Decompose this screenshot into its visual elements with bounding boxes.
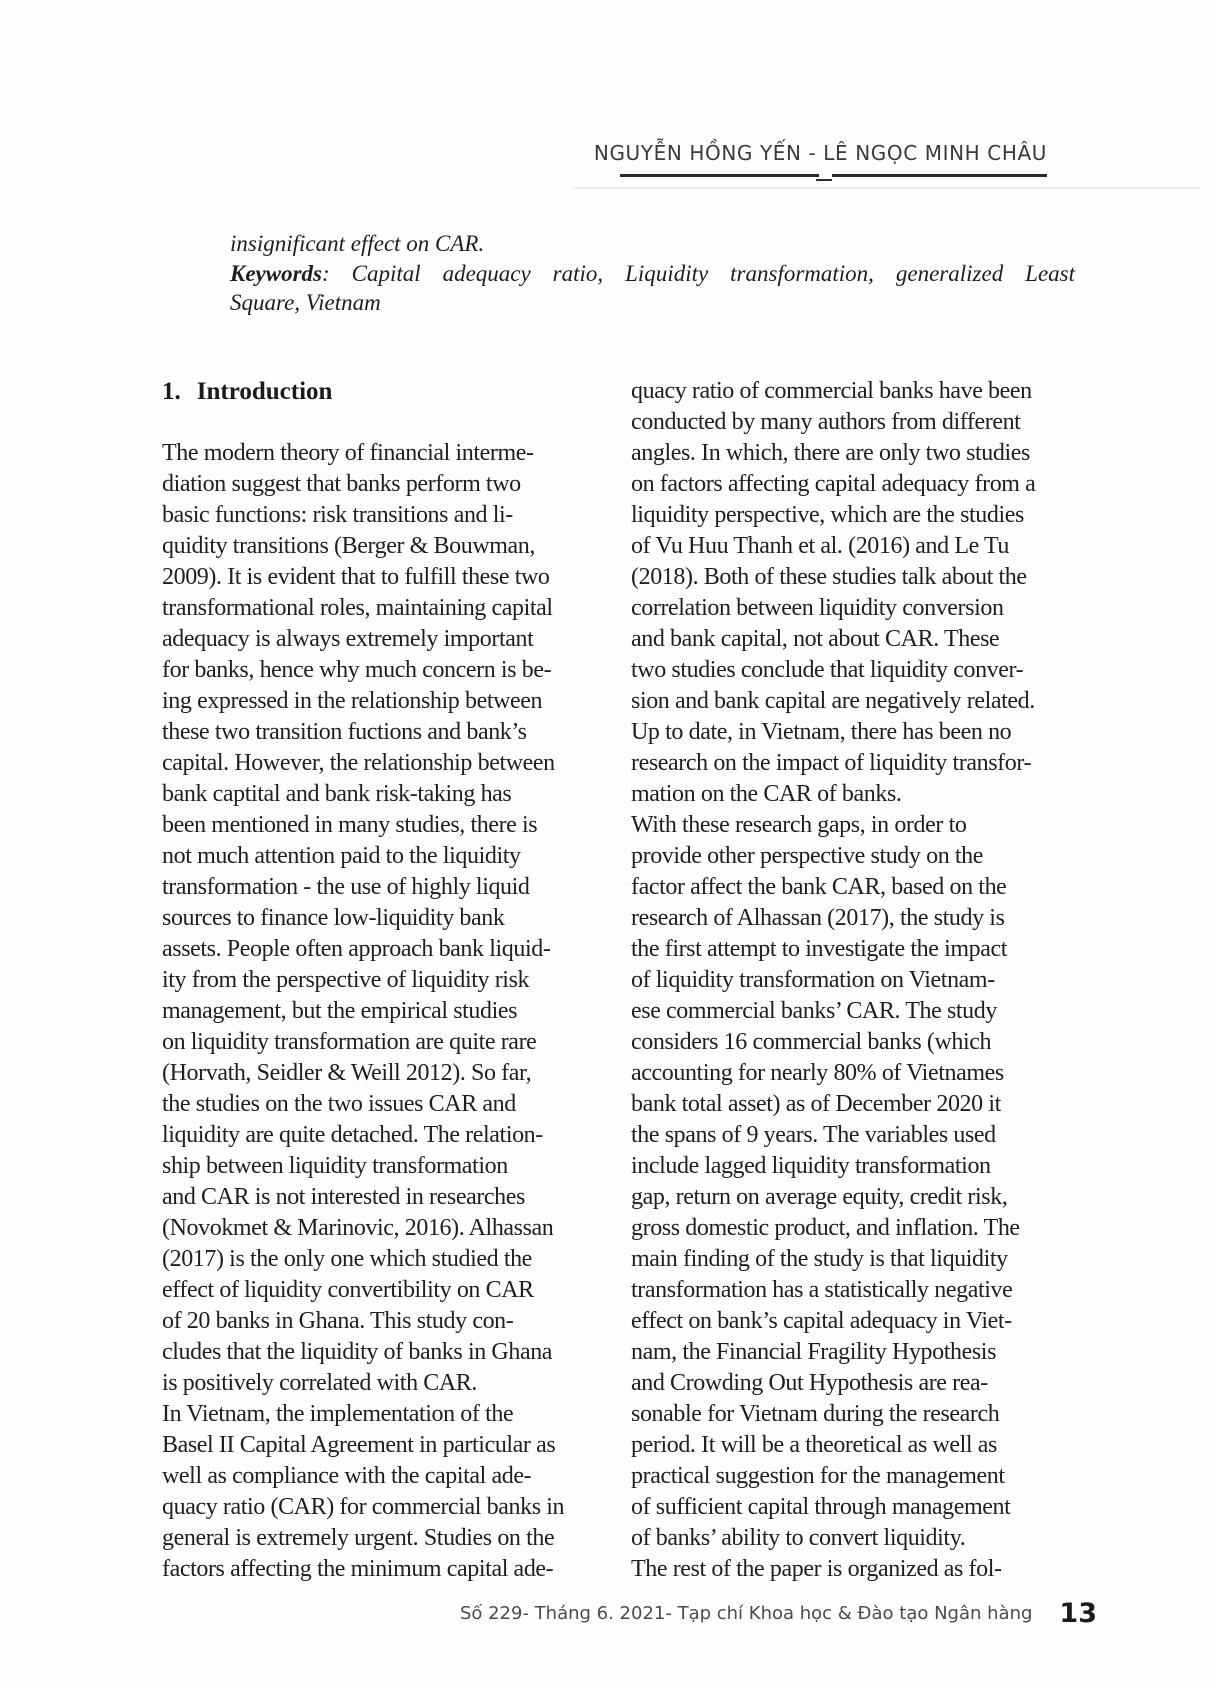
- text-line: transformational roles, maintaining capi…: [162, 593, 592, 624]
- text-line: quacy ratio (CAR) for commercial banks i…: [162, 1492, 592, 1523]
- text-line: With these research gaps, in order to: [631, 810, 1196, 841]
- page-footer: Số 229- Tháng 6. 2021- Tạp chí Khoa học …: [0, 1598, 1097, 1629]
- footer-issue-info: Số 229- Tháng 6. 2021- Tạp chí Khoa học …: [460, 1603, 1032, 1624]
- text-line: research on the impact of liquidity tran…: [631, 748, 1196, 779]
- text-line: of banks’ ability to convert liquidity.: [631, 1523, 1196, 1554]
- section-heading: 1.Introduction: [162, 376, 592, 407]
- text-line: include lagged liquidity transformation: [631, 1151, 1196, 1182]
- text-line: general is extremely urgent. Studies on …: [162, 1523, 592, 1554]
- text-line: assets. People often approach bank liqui…: [162, 934, 592, 965]
- text-line: sources to finance low-liquidity bank: [162, 903, 592, 934]
- text-line: research of Alhassan (2017), the study i…: [631, 903, 1196, 934]
- text-line: accounting for nearly 80% of Vietnames: [631, 1058, 1196, 1089]
- keywords-line-2: Square, Vietnam: [230, 288, 1075, 318]
- keywords-line: Keywords: Capital adequacy ratio, Liquid…: [230, 259, 1075, 289]
- right-column-text: quacy ratio of commercial banks have bee…: [631, 376, 1196, 1585]
- text-line: nam, the Financial Fragility Hypothesis: [631, 1337, 1196, 1368]
- text-line: and CAR is not interested in researches: [162, 1182, 592, 1213]
- header-rule-left-segment: [620, 174, 819, 177]
- left-column: 1.Introduction The modern theory of fina…: [162, 376, 592, 1585]
- text-line: gap, return on average equity, credit ri…: [631, 1182, 1196, 1213]
- text-line: quacy ratio of commercial banks have bee…: [631, 376, 1196, 407]
- text-line: basic functions: risk transitions and li…: [162, 500, 592, 531]
- text-line: (Novokmet & Marinovic, 2016). Alhassan: [162, 1213, 592, 1244]
- text-line: capital. However, the relationship betwe…: [162, 748, 592, 779]
- text-line: gross domestic product, and inflation. T…: [631, 1213, 1196, 1244]
- text-line: practical suggestion for the management: [631, 1461, 1196, 1492]
- blank-line: [162, 407, 592, 438]
- text-line: The modern theory of financial interme-: [162, 438, 592, 469]
- text-line: quidity transitions (Berger & Bouwman,: [162, 531, 592, 562]
- text-line: transformation - the use of highly liqui…: [162, 872, 592, 903]
- text-line: considers 16 commercial banks (which: [631, 1027, 1196, 1058]
- text-line: diation suggest that banks perform two: [162, 469, 592, 500]
- text-line: is positively correlated with CAR.: [162, 1368, 592, 1399]
- text-line: sion and bank capital are negatively rel…: [631, 686, 1196, 717]
- text-line: main finding of the study is that liquid…: [631, 1244, 1196, 1275]
- text-line: management, but the empirical studies: [162, 996, 592, 1027]
- text-line: not much attention paid to the liquidity: [162, 841, 592, 872]
- text-line: these two transition fuctions and bank’s: [162, 717, 592, 748]
- text-line: ity from the perspective of liquidity ri…: [162, 965, 592, 996]
- text-line: angles. In which, there are only two stu…: [631, 438, 1196, 469]
- text-line: and bank capital, not about CAR. These: [631, 624, 1196, 655]
- text-line: Up to date, in Vietnam, there has been n…: [631, 717, 1196, 748]
- text-line: and Crowding Out Hypothesis are rea-: [631, 1368, 1196, 1399]
- text-line: adequacy is always extremely important: [162, 624, 592, 655]
- section-title: Introduction: [197, 378, 333, 405]
- text-line: bank total asset) as of December 2020 it: [631, 1089, 1196, 1120]
- text-line: effect of liquidity convertibility on CA…: [162, 1275, 592, 1306]
- keywords-label: Keywords: [230, 261, 322, 286]
- text-line: mation on the CAR of banks.: [631, 779, 1196, 810]
- text-line: liquidity are quite detached. The relati…: [162, 1120, 592, 1151]
- header-rule-right-segment: [832, 174, 1047, 177]
- text-line: (2018). Both of these studies talk about…: [631, 562, 1196, 593]
- text-line: of sufficient capital through management: [631, 1492, 1196, 1523]
- text-line: on factors affecting capital adequacy fr…: [631, 469, 1196, 500]
- text-line: of Vu Huu Thanh et al. (2016) and Le Tu: [631, 531, 1196, 562]
- abstract-closing-line: insignificant effect on CAR.: [230, 229, 1075, 259]
- text-line: ship between liquidity transformation: [162, 1151, 592, 1182]
- text-line: period. It will be a theoretical as well…: [631, 1430, 1196, 1461]
- text-line: the first attempt to investigate the imp…: [631, 934, 1196, 965]
- page-number: 13: [1059, 1598, 1097, 1629]
- paper-page: NGUYỄN HỒNG YẾN - LÊ NGỌC MINH CHÂU insi…: [0, 0, 1216, 1688]
- text-line: factors affecting the minimum capital ad…: [162, 1554, 592, 1585]
- header-rule-notch: [816, 179, 832, 182]
- text-line: provide other perspective study on the: [631, 841, 1196, 872]
- text-line: transformation has a statistically negat…: [631, 1275, 1196, 1306]
- header-rule-shadow: [575, 187, 1200, 189]
- keywords-text: : Capital adequacy ratio, Liquidity tran…: [322, 261, 1075, 286]
- text-line: Basel II Capital Agreement in particular…: [162, 1430, 592, 1461]
- text-line: the spans of 9 years. The variables used: [631, 1120, 1196, 1151]
- text-line: ing expressed in the relationship betwee…: [162, 686, 592, 717]
- text-line: the studies on the two issues CAR and: [162, 1089, 592, 1120]
- text-line: (Horvath, Seidler & Weill 2012). So far,: [162, 1058, 592, 1089]
- text-line: two studies conclude that liquidity conv…: [631, 655, 1196, 686]
- header-authors: NGUYỄN HỒNG YẾN - LÊ NGỌC MINH CHÂU: [0, 141, 1047, 165]
- text-line: effect on bank’s capital adequacy in Vie…: [631, 1306, 1196, 1337]
- text-line: of liquidity transformation on Vietnam-: [631, 965, 1196, 996]
- text-line: The rest of the paper is organized as fo…: [631, 1554, 1196, 1585]
- text-line: factor affect the bank CAR, based on the: [631, 872, 1196, 903]
- header-rule: [620, 174, 1047, 184]
- text-line: sonable for Vietnam during the research: [631, 1399, 1196, 1430]
- text-line: cludes that the liquidity of banks in Gh…: [162, 1337, 592, 1368]
- text-line: of 20 banks in Ghana. This study con-: [162, 1306, 592, 1337]
- right-column: quacy ratio of commercial banks have bee…: [631, 376, 1196, 1585]
- text-line: correlation between liquidity conversion: [631, 593, 1196, 624]
- text-line: bank captital and bank risk-taking has: [162, 779, 592, 810]
- text-line: well as compliance with the capital ade-: [162, 1461, 592, 1492]
- text-line: been mentioned in many studies, there is: [162, 810, 592, 841]
- section-number: 1.: [162, 378, 181, 405]
- text-line: 2009). It is evident that to fulfill the…: [162, 562, 592, 593]
- text-line: liquidity perspective, which are the stu…: [631, 500, 1196, 531]
- text-line: on liquidity transformation are quite ra…: [162, 1027, 592, 1058]
- text-line: In Vietnam, the implementation of the: [162, 1399, 592, 1430]
- text-line: (2017) is the only one which studied the: [162, 1244, 592, 1275]
- text-line: conducted by many authors from different: [631, 407, 1196, 438]
- text-line: ese commercial banks’ CAR. The study: [631, 996, 1196, 1027]
- text-line: for banks, hence why much concern is be-: [162, 655, 592, 686]
- left-column-text: The modern theory of financial interme-d…: [162, 438, 592, 1585]
- abstract-block: insignificant effect on CAR. Keywords: C…: [230, 229, 1075, 318]
